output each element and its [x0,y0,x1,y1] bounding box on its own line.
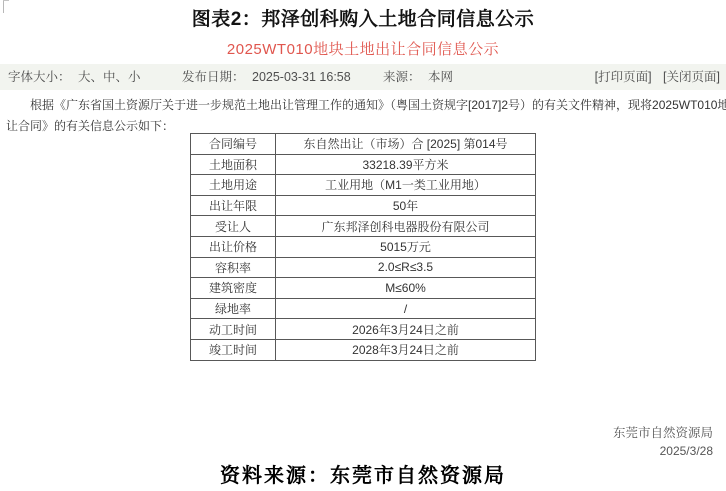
row-label: 出让年限 [191,195,276,216]
publish-date-label: 发布日期： [182,70,245,84]
table-row: 容积率 2.0≤R≤3.5 [191,257,536,278]
source-label: 来源： [383,70,421,84]
table-row: 建筑密度 M≤60% [191,278,536,299]
font-size-control: 字体大小： 大、中、小 [8,64,141,90]
toolbar-actions: [打印页面] [关闭页面] [587,64,720,90]
close-page-button[interactable]: [关闭页面] [663,70,720,84]
font-size-options[interactable]: 大、中、小 [78,70,141,84]
row-label: 合同编号 [191,134,276,155]
row-value: 33218.39平方米 [276,154,536,175]
row-label: 土地用途 [191,175,276,196]
table-row: 动工时间 2026年3月24日之前 [191,319,536,340]
announcement-subtitle: 2025WT010地块土地出让合同信息公示 [0,38,726,59]
intro-line-1: 根据《广东省国土资源厅关于进一步规范土地出让管理工作的通知》（粤国土资规字[20… [6,95,720,116]
publish-date-group: 发布日期： 2025-03-31 16:58 [182,64,351,90]
row-label: 动工时间 [191,319,276,340]
row-value: / [276,298,536,319]
print-page-button[interactable]: [打印页面] [595,70,652,84]
row-label: 建筑密度 [191,278,276,299]
source-group: 来源： 本网 [383,64,453,90]
row-label: 容积率 [191,257,276,278]
intro-paragraph: 根据《广东省国土资源厅关于进一步规范土地出让管理工作的通知》（粤国土资规字[20… [6,95,720,137]
page-toolbar: 字体大小： 大、中、小 发布日期： 2025-03-31 16:58 来源： 本… [0,64,726,90]
source-value: 本网 [428,70,453,84]
signature-agency: 东莞市自然资源局 [613,423,713,441]
table-row: 土地面积 33218.39平方米 [191,154,536,175]
table-row: 土地用途 工业用地（M1一类工业用地） [191,175,536,196]
signature-date: 2025/3/28 [660,444,713,458]
table-row: 竣工时间 2028年3月24日之前 [191,339,536,360]
row-label: 土地面积 [191,154,276,175]
figure-source-note: 资料来源：东莞市自然资源局 [0,459,726,488]
row-value: 2028年3月24日之前 [276,339,536,360]
row-label: 绿地率 [191,298,276,319]
row-value: 广东邦泽创科电器股份有限公司 [276,216,536,237]
table-row: 绿地率 / [191,298,536,319]
figure-title: 图表2：邦泽创科购入土地合同信息公示 [0,4,726,31]
row-label: 竣工时间 [191,339,276,360]
contract-info-table: 合同编号 东自然出让（市场）合 [2025] 第014号 土地面积 33218.… [190,133,536,361]
table-row: 出让价格 5015万元 [191,236,536,257]
row-value: 2.0≤R≤3.5 [276,257,536,278]
row-value: 东自然出让（市场）合 [2025] 第014号 [276,134,536,155]
row-value: 50年 [276,195,536,216]
publish-date-value: 2025-03-31 16:58 [252,70,351,84]
row-label: 出让价格 [191,236,276,257]
row-value: 5015万元 [276,236,536,257]
table-row: 出让年限 50年 [191,195,536,216]
font-size-label: 字体大小： [8,70,71,84]
table-row: 受让人 广东邦泽创科电器股份有限公司 [191,216,536,237]
row-value: 工业用地（M1一类工业用地） [276,175,536,196]
row-value: M≤60% [276,278,536,299]
row-label: 受让人 [191,216,276,237]
page-corner-border-top [3,0,9,1]
table-row: 合同编号 东自然出让（市场）合 [2025] 第014号 [191,134,536,155]
row-value: 2026年3月24日之前 [276,319,536,340]
